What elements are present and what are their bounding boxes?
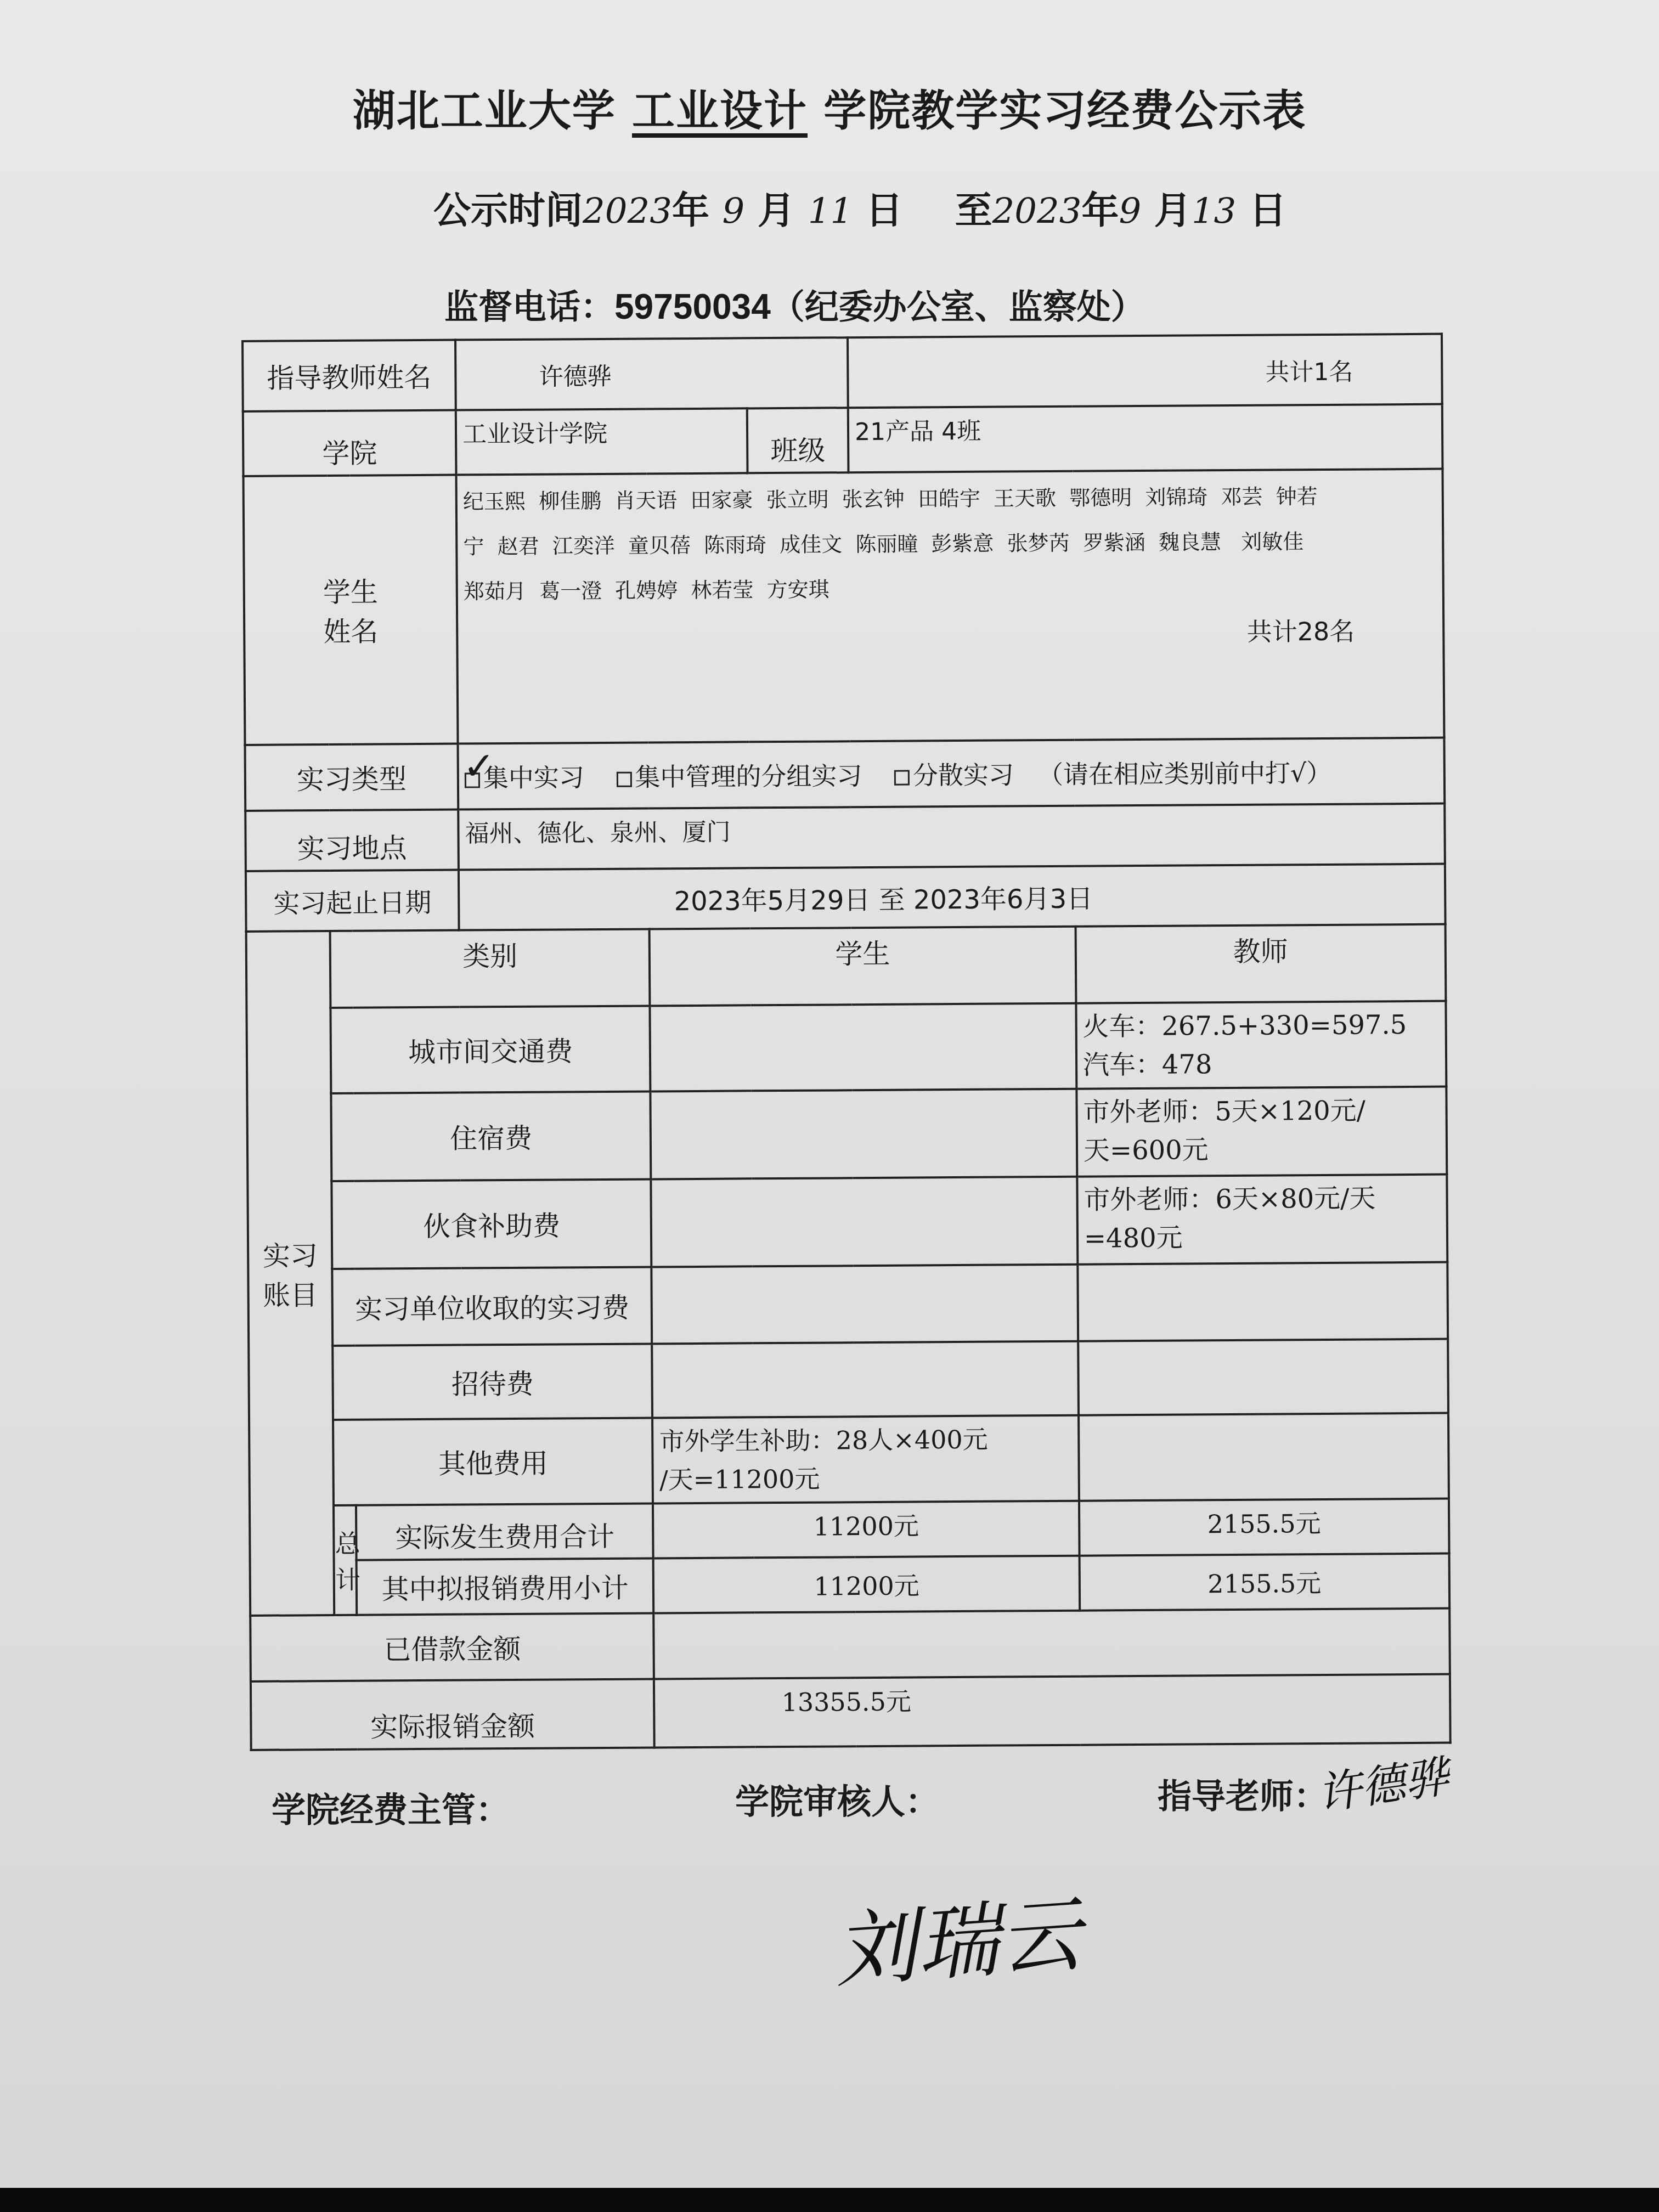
month-unit: 月 [1154, 189, 1192, 233]
title-prefix: 湖北工业大学 [353, 87, 632, 136]
total-student: 11200元 [653, 1556, 1080, 1613]
students-line-3: 郑茹月 葛一澄 孔娉婷 林若莹 方安琪 [464, 563, 1437, 614]
account-row-unit-fee: 实习单位收取的实习费 [248, 1262, 1448, 1346]
dates-row: 实习起止日期 2023年5月29日 至 2023年6月3日 [246, 864, 1446, 932]
checkbox-icon[interactable] [894, 770, 910, 785]
teacher-line: 天=600元 [1084, 1130, 1441, 1170]
hotline-label: 监督电话： [444, 287, 614, 327]
year-unit: 年 [672, 189, 709, 233]
class-label: 班级 [747, 408, 849, 473]
student-line: 市外学生补助：28人×400元 [659, 1420, 1073, 1461]
advisor-label: 指导老师： [1158, 1769, 1328, 1818]
teacher-line: =480元 [1084, 1217, 1441, 1258]
teacher-cell [1078, 1339, 1448, 1415]
borrowed-value [654, 1609, 1450, 1679]
page-title: 湖北工业大学 工业设计 学院教学实习经费公示表 [0, 77, 1659, 138]
total-label: 实际发生费用合计 [356, 1503, 653, 1560]
students-label-line1: 学生 [251, 570, 451, 611]
supervision-hotline: 监督电话：59750034（纪委办公室、监察处） [444, 280, 1145, 329]
teacher-line: 市外老师：5天×120元/ [1083, 1091, 1440, 1132]
table-surface [0, 2188, 1659, 2212]
students-line-1: 纪玉熙 柳佳鹏 肖天语 田家豪 张立明 张玄钟 田皓宇 王天歌 鄂德明 刘锦琦 … [463, 473, 1436, 524]
reviewer-signature: 刘瑞云 [830, 1868, 1085, 2004]
dates-value: 2023年5月29日 至 2023年6月3日 [459, 864, 1445, 930]
student-cell [652, 1265, 1078, 1344]
account-row-lodging: 住宿费 市外老师：5天×120元/天=600元 [247, 1087, 1447, 1182]
publication-time: 公示时间2023年 9 月 11 日 至2023年9 月13 日 [433, 181, 1286, 234]
total-row-reimburse: 其中拟报销费用小计 11200元 2155.5元 [250, 1554, 1450, 1616]
students-line-2: 宁 赵君 江奕洋 童贝蓓 陈雨琦 成佳文 陈丽瞳 彭紫意 张梦芮 罗紫涵 魏良慧… [463, 518, 1436, 569]
title-suffix: 学院教学实习经费公示表 [808, 87, 1306, 136]
end-day: 13 [1192, 191, 1236, 232]
instructor-count: 共计1名 [848, 334, 1442, 408]
location-label: 实习地点 [245, 810, 459, 871]
option-dispersed[interactable]: 分散实习 [894, 760, 1014, 790]
category-cell: 招待费 [332, 1344, 652, 1420]
category-cell: 其他费用 [333, 1418, 653, 1505]
end-month: 9 [1119, 191, 1141, 232]
option-centralized[interactable]: 集中实习 [465, 763, 584, 793]
start-year: 2023 [583, 191, 672, 232]
accounts-header-row: 实习 账目 类别 学生 教师 [246, 924, 1446, 1008]
category-cell: 住宿费 [331, 1091, 651, 1181]
start-month: 9 [723, 191, 745, 232]
college-label: 学院 [243, 410, 456, 476]
total-teacher: 2155.5元 [1079, 1499, 1449, 1556]
checkbox-icon[interactable] [616, 771, 631, 787]
students-names: 纪玉熙 柳佳鹏 肖天语 田家豪 张立明 张玄钟 田皓宇 王天歌 鄂德明 刘锦琦 … [456, 469, 1444, 744]
total-student: 11200元 [653, 1501, 1079, 1559]
category-cell: 伙食补助费 [332, 1179, 652, 1269]
accounts-label-line1: 实习 [255, 1234, 326, 1274]
accounts-label-line2: 账目 [255, 1273, 326, 1313]
header-student: 学生 [650, 927, 1076, 1006]
option-label: 集中管理的分组实习 [635, 761, 862, 792]
advisor-signature: 许德骅 [1313, 1741, 1452, 1822]
internship-type-label: 实习类型 [245, 744, 459, 811]
day-unit: 日 [866, 189, 903, 233]
expense-form-table: 指导教师姓名 许德骅 共计1名 学院 工业设计学院 班级 21产品 4班 学生 … [241, 333, 1452, 1751]
reimbursed-value: 13355.5元 [654, 1674, 1450, 1748]
type-note: （请在相应类别前中打√） [1038, 758, 1332, 789]
total-group-label: 总 计 [334, 1505, 357, 1615]
title-college: 工业设计 [632, 87, 808, 136]
option-grouped[interactable]: 集中管理的分组实习 [616, 761, 862, 792]
teacher-line: 汽车：478 [1083, 1044, 1440, 1085]
month-unit: 月 [758, 189, 795, 233]
day-unit: 日 [1249, 189, 1286, 233]
location-value: 福州、德化、泉州、厦门 [458, 804, 1444, 870]
internship-type-options: 集中实习 集中管理的分组实习 分散实习 （请在相应类别前中打√） [458, 738, 1445, 810]
borrowed-row: 已借款金额 [250, 1609, 1450, 1681]
student-cell: 市外学生补助：28人×400元/天=11200元 [652, 1415, 1079, 1504]
internship-type-row: 实习类型 集中实习 集中管理的分组实习 分散实习 （请在相应类别前中打√） [245, 738, 1445, 811]
account-row-transport: 城市间交通费 火车：267.5+330=597.5汽车：478 [246, 1001, 1446, 1094]
reimbursed-label: 实际报销金额 [251, 1679, 654, 1750]
total-label: 其中拟报销费用小计 [357, 1558, 654, 1615]
instructor-row: 指导教师姓名 许德骅 共计1名 [242, 334, 1442, 411]
total-teacher: 2155.5元 [1079, 1554, 1449, 1611]
teacher-line: 火车：267.5+330=597.5 [1082, 1006, 1440, 1046]
college-value: 工业设计学院 [456, 408, 748, 475]
student-cell [651, 1089, 1077, 1180]
end-year: 2023 [992, 191, 1082, 232]
year-unit: 年 [1081, 189, 1119, 233]
borrowed-label: 已借款金额 [250, 1613, 654, 1681]
students-row: 学生 姓名 纪玉熙 柳佳鹏 肖天语 田家豪 张立明 张玄钟 田皓宇 王天歌 鄂德… [244, 469, 1444, 745]
college-row: 学院 工业设计学院 班级 21产品 4班 [243, 404, 1443, 476]
students-count: 共计28名 [464, 608, 1437, 659]
teacher-cell [1079, 1413, 1449, 1501]
instructor-name: 许德骅 [455, 337, 848, 410]
start-day: 11 [808, 191, 853, 232]
accounts-group-label: 实习 账目 [246, 931, 335, 1616]
student-cell [652, 1341, 1079, 1418]
total-label-line1: 总 [335, 1524, 355, 1560]
total-label-line2: 计 [335, 1560, 356, 1596]
location-row: 实习地点 福州、德化、泉州、厦门 [245, 804, 1445, 871]
finance-supervisor-label: 学院经费主管： [272, 1783, 510, 1832]
students-label: 学生 姓名 [244, 475, 458, 745]
teacher-line: 市外老师：6天×80元/天 [1084, 1179, 1441, 1220]
to-label: 至 [955, 189, 992, 233]
hotline-dept: （纪委办公室、监察处） [771, 287, 1145, 327]
student-cell [650, 1003, 1076, 1092]
total-row-actual: 总 计 实际发生费用合计 11200元 2155.5元 [250, 1499, 1449, 1561]
students-label-line2: 姓名 [251, 610, 451, 650]
reimbursed-row: 实际报销金额 13355.5元 [251, 1674, 1451, 1750]
checkbox-checked-icon[interactable] [465, 772, 480, 788]
dates-label: 实习起止日期 [246, 870, 459, 932]
teacher-cell: 火车：267.5+330=597.5汽车：478 [1076, 1001, 1446, 1089]
account-row-hospitality: 招待费 [249, 1339, 1448, 1420]
header-category: 类别 [330, 929, 650, 1008]
teacher-cell: 市外老师：5天×120元/天=600元 [1076, 1087, 1447, 1177]
option-label: 分散实习 [913, 760, 1014, 790]
option-label: 集中实习 [483, 763, 584, 793]
category-cell: 实习单位收取的实习费 [332, 1267, 652, 1346]
instructor-label: 指导教师姓名 [242, 340, 456, 411]
account-row-other: 其他费用 市外学生补助：28人×400元/天=11200元 [249, 1413, 1449, 1506]
hotline-number: 59750034 [614, 287, 771, 326]
header-teacher: 教师 [1075, 924, 1446, 1003]
student-cell [651, 1177, 1077, 1267]
class-value: 21产品 4班 [848, 404, 1443, 473]
teacher-cell: 市外老师：6天×80元/天=480元 [1077, 1175, 1447, 1265]
teacher-cell [1077, 1262, 1448, 1341]
paper-sheet: 湖北工业大学 工业设计 学院教学实习经费公示表 公示时间2023年 9 月 11… [0, 0, 1659, 2188]
reviewer-label: 学院审核人： [735, 1775, 939, 1824]
category-cell: 城市间交通费 [331, 1006, 651, 1093]
student-line: /天=11200元 [659, 1458, 1073, 1499]
publication-time-label: 公示时间 [433, 189, 583, 233]
account-row-meals: 伙食补助费 市外老师：6天×80元/天=480元 [247, 1175, 1447, 1269]
